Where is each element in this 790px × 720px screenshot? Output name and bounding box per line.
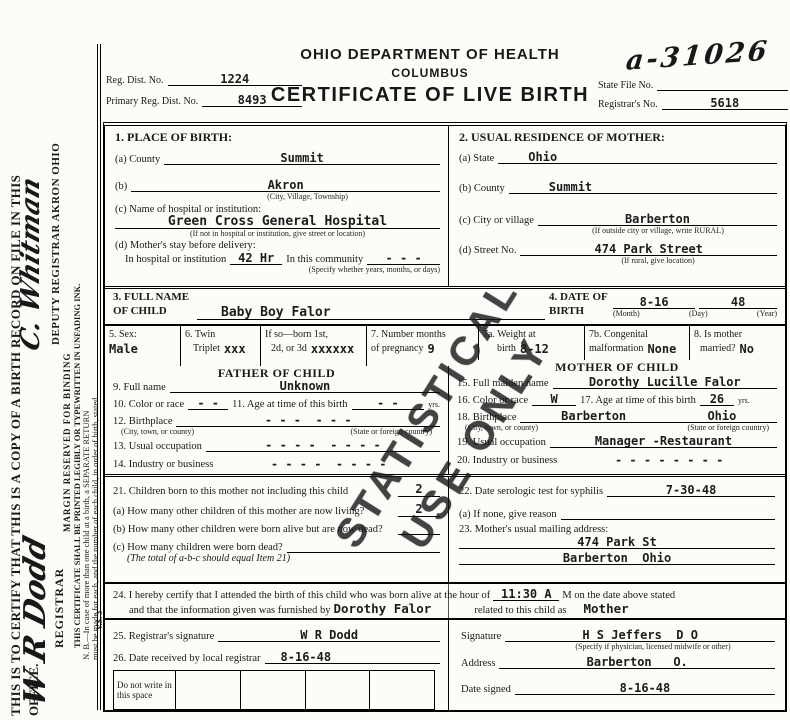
mother-industry-value: - - - - - - - - [561,453,777,466]
do-not-write-cell [176,671,241,709]
sex-value: Male [109,343,138,355]
certification-text-2: M on the date above stated [562,590,675,601]
date-of-birth-year: 48 [699,295,777,309]
residence-city-label: (c) City or village [459,215,534,226]
child-name-label-2: OF CHILD [113,305,167,317]
certification-relation-value: Mother [584,603,629,616]
date-caption-month: (Month) [613,309,640,318]
father-occupation-value: - - - - - - - - [206,438,440,452]
registrar-no-label: Registrar's No. [598,99,658,110]
father-birthplace-label: 12. Birthplace [113,416,172,427]
place-heading: 1. PLACE OF BIRTH: [115,130,440,145]
registrar-signature-value: W R Dodd [218,628,440,642]
child-name-label-1: 3. FULL NAME [113,291,189,303]
weight-value: 8-12 [520,343,549,355]
primary-reg-dist-label: Primary Reg. Dist. No. [106,96,198,107]
certification-section: 24. I hereby certify that I attended the… [105,582,785,618]
do-not-write-cell [370,671,434,709]
place-county-value: Summit [164,151,440,165]
mother-section: MOTHER OF CHILD 15. Full maiden name Dor… [448,366,785,474]
mother-married-value: No [740,343,754,355]
state-file-label: State File No. [598,80,653,91]
malformation-value: None [647,343,676,355]
header-file-block: a-31026 State File No. Registrar's No. 5… [598,40,788,110]
mother-married-label-2: married? [700,343,736,356]
mother-occupation-value: Manager -Restaurant [550,434,777,448]
malformation-label-2: malformation [589,343,643,356]
father-age-label: 11. Age at time of this birth [232,399,347,410]
certification-informant-value: Dorothy Falor [334,603,432,616]
residence-city-value: Barberton [538,212,777,226]
serology-none-reason-label: (a) If none, give reason [459,509,557,520]
born-order-label-2: 2d, or 3d [271,343,307,356]
attendant-signature-caption: (Specify if physician, licensed midwife … [531,642,775,652]
local-registrar-section: 25. Registrar's signature W R Dodd 26. D… [105,620,448,712]
father-birthplace-caption-1: (City, town, or county) [121,427,194,436]
date-of-birth-label-2: BIRTH [549,305,584,317]
father-name-label: 9. Full name [113,382,166,393]
mailing-address-line2: Barberton Ohio [459,551,775,565]
residence-state-label: (a) State [459,153,494,164]
attendant-signature-value: H S Jeffers D O [505,628,775,642]
place-city-value: Akron [131,178,440,192]
mother-maiden-name-label: 15. Full maiden name [457,378,549,389]
residence-street-caption: (If rural, give location) [539,256,777,266]
mother-birthplace-state: Ohio [707,410,736,422]
child-name-label: 3. FULL NAME OF CHILD [113,291,197,324]
children-stillborn-label: (c) How many children were born dead? [113,542,283,553]
date-of-birth-label-1: 4. DATE OF [549,291,608,303]
primary-reg-dist-value: 8493 [202,93,302,107]
reg-dist-label: Reg. Dist. No. [106,75,164,86]
children-born-value: 2 [398,483,440,497]
do-not-write-label: Do not write in this space [114,671,176,709]
mother-birthplace-caption-2: (State or foreign country) [687,423,769,432]
certificate-title: CERTIFICATE OF LIVE BIRTH [250,84,610,107]
residence-street-label: (d) Street No. [459,245,516,256]
born-order-cell: If so—born 1st, 2d, or 3d xxxxxx [260,326,366,366]
date-caption-year: (Year) [757,309,777,318]
father-birthplace-value: - - - - - - [176,413,440,427]
serology-mailing-section: 22. Date serologic test for syphilis 7-3… [448,477,785,582]
deputy-registrar-label: DEPUTY REGISTRAR AKRON OHIO [50,60,62,345]
serology-none-reason-value [561,506,775,520]
attendant-address-value: Barberton O. [499,655,775,669]
father-industry-label: 14. Industry or business [113,459,213,470]
twin-cell: 6. Twin Triplet xxx [180,326,260,366]
signatures-row: 25. Registrar's signature W R Dodd 26. D… [105,618,785,712]
header-title-block: OHIO DEPARTMENT OF HEALTH COLUMBUS CERTI… [250,46,610,107]
mother-race-label: 16. Color or race [457,395,528,406]
mother-birthplace-caption-1: (City, town, or county) [465,423,538,432]
certification-text-4: related to this child as [474,605,566,616]
child-name-date-row: 3. FULL NAME OF CHILD Baby Boy Falor 4. … [105,286,785,324]
father-name-value: Unknown [170,379,440,393]
mother-occupation-label: 19. Usual occupation [457,437,546,448]
residence-county-value: Summit [509,180,777,194]
date-received-value: 8-16-48 [265,650,440,664]
certificate-form: 1. PLACE OF BIRTH: (a) County Summit (b)… [103,122,787,712]
mother-heading: MOTHER OF CHILD [457,360,777,375]
father-section: FATHER OF CHILD 9. Full name Unknown 10.… [105,366,448,474]
child-name-block: 3. FULL NAME OF CHILD Baby Boy Falor [105,289,545,324]
place-stay-label: (d) Mother's stay before delivery: [115,240,440,251]
place-county-label: (a) County [115,154,160,165]
date-received-label: 26. Date received by local registrar [113,653,261,664]
margin-binding-note: MARGIN RESERVED FOR BINDING [62,262,72,532]
children-stillborn-value [287,539,440,553]
date-signed-label: Date signed [461,684,511,695]
registrar-signature-label: 25. Registrar's signature [113,631,214,642]
residence-county-label: (b) County [459,183,505,194]
children-living-value: 2 [398,503,440,517]
residence-heading: 2. USUAL RESIDENCE OF MOTHER: [459,130,777,145]
born-order-label: If so—born 1st, [265,329,363,342]
mother-age-label: 17. Age at time of this birth [580,395,696,406]
date-of-birth-month-day: 8-16 [613,295,695,309]
mother-birthplace-captions: (City, town, or county) (State or foreig… [457,423,777,432]
child-name-value: Baby Boy Falor [197,291,545,320]
children-living-label: (a) How many other children of this moth… [113,506,394,517]
registrar-no-value: 5618 [662,96,788,110]
father-birthplace-captions: (City, town, or county) (State or foreig… [113,427,440,436]
children-count-section: 21. Children born to this mother not inc… [105,477,448,582]
mother-age-suffix: yrs. [738,396,750,406]
place-stay-community-label: In this community [286,254,363,265]
reg-dist-value: 1224 [168,72,303,86]
father-age-value: - - [352,396,425,410]
father-industry-value: - - - - - - - - [217,457,440,470]
date-caption-day: (Day) [689,309,708,318]
serologic-test-value: 7-30-48 [607,483,775,497]
place-hospital-value: Green Cross General Hospital [115,215,440,229]
mailing-address-label: 23. Mother's usual mailing address: [459,524,775,535]
residence-city-caption: (If outside city or village, write RURAL… [539,226,777,236]
margin-divider-rule [97,44,101,710]
serologic-test-label: 22. Date serologic test for syphilis [459,486,603,497]
attendant-signature-label: Signature [461,631,501,642]
pregnancy-months-value: 9 [427,343,434,355]
place-hospital-label: (c) Name of hospital or institution: [115,204,440,215]
place-stay-caption: (Specify whether years, months, or days) [115,265,440,275]
do-not-write-cell [306,671,371,709]
parents-row: FATHER OF CHILD 9. Full name Unknown 10.… [105,366,785,474]
mother-birthplace-city: Barberton [561,410,626,422]
sex-cell: 5. Sex: Male [105,326,180,366]
children-born-label: 21. Children born to this mother not inc… [113,486,394,497]
residence-section: 2. USUAL RESIDENCE OF MOTHER: (a) State … [448,126,785,286]
attendant-address-label: Address [461,658,495,669]
attendant-section: Signature H S Jeffers D O (Specify if ph… [448,620,785,712]
born-order-value: xxxxxx [311,343,354,355]
weight-label-2: birth [497,343,516,356]
pregnancy-months-label: 7. Number months [371,329,475,342]
twin-value: xxx [224,343,246,355]
mother-birthplace-label: 18. Birthplace [457,412,516,423]
place-stay-hospital-label: In hospital or institution [125,254,226,265]
do-not-write-cell [241,671,306,709]
date-signed-value: 8-16-48 [515,681,775,695]
mother-age-value: 26 [700,392,734,406]
date-of-birth-label: 4. DATE OF BIRTH [549,291,613,324]
place-hospital-caption: (If not in hospital or institution, give… [115,229,440,239]
sex-label: 5. Sex: [109,329,177,342]
state-file-value [657,77,788,91]
residence-state-value: Ohio [498,150,777,164]
department-title: OHIO DEPARTMENT OF HEALTH [250,46,610,63]
weight-label: 7a. Weight at [483,329,581,342]
date-of-birth-block: 4. DATE OF BIRTH 8-16 48 (Month) (Day) (… [545,289,785,324]
certification-hour-value: 11:30 A [493,587,559,601]
children-dead-label: (b) How many other children were born al… [113,524,394,535]
do-not-write-box: Do not write in this space [113,670,435,710]
children-dead-value [398,521,440,535]
pregnancy-months-label-2: of pregnancy [371,343,423,356]
father-birthplace-caption-2: (State or foreign country) [350,427,432,436]
father-age-suffix: yrs. [428,400,440,410]
mother-race-value: W [532,392,576,406]
place-city-caption: (City, Village, Township) [175,192,440,202]
certification-text-1: 24. I hereby certify that I attended the… [113,590,490,601]
registrar-signature: W R Dodd [18,380,53,710]
father-occupation-label: 13. Usual occupation [113,441,202,452]
certification-text-3: and that the information given was furni… [129,605,331,616]
mother-industry-label: 20. Industry or business [457,455,557,466]
department-city: COLUMBUS [250,66,610,80]
place-of-birth-section: 1. PLACE OF BIRTH: (a) County Summit (b)… [105,126,448,286]
twin-label: 6. Twin [185,329,257,342]
place-stay-community-value: - - - [367,251,440,265]
children-total-note: (The total of a-b-c should equal Item 21… [127,553,440,564]
deputy-registrar-signature: C. Whitman [16,75,46,355]
handwritten-file-code: a-31026 [625,34,790,77]
place-city-label: (b) [115,181,127,192]
date-captions: (Month) (Day) (Year) [613,309,777,318]
residence-street-value: 474 Park Street [520,242,777,256]
father-race-label: 10. Color or race [113,399,184,410]
place-stay-hospital-value: 42 Hr [230,251,282,265]
header-district-block: Reg. Dist. No. 1224 Primary Reg. Dist. N… [106,72,302,107]
mother-married-label: 8. Is mother [694,329,782,342]
twin-label-2: Triplet [193,343,220,356]
father-race-value: - - [188,396,228,410]
malformation-label: 7b. Congenital [589,329,686,342]
mailing-address-line1: 474 Park St [459,535,775,549]
statistics-row: 21. Children born to this mother not inc… [105,474,785,582]
mother-maiden-name-value: Dorothy Lucille Falor [553,375,777,389]
